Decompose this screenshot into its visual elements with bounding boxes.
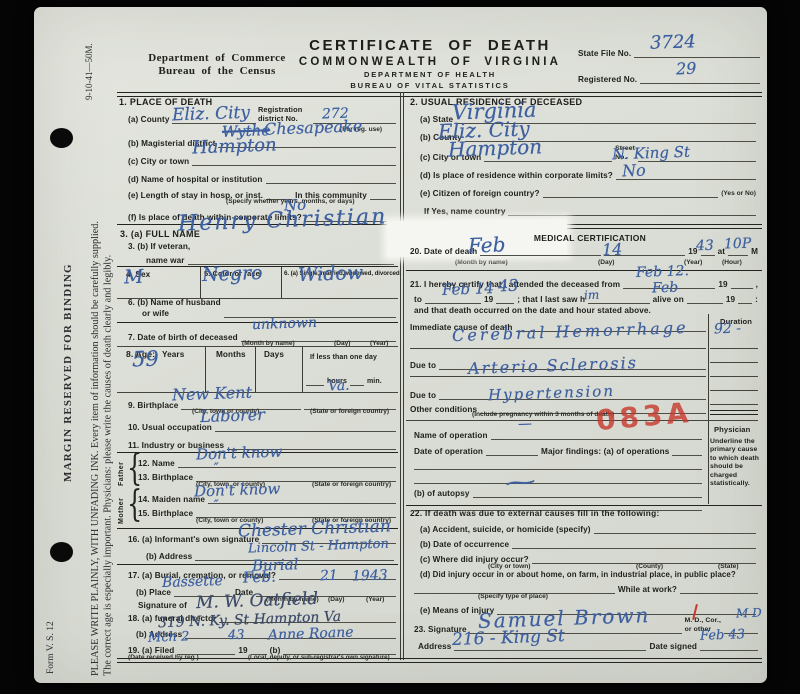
less-than-day-label: If less than one day xyxy=(310,354,377,362)
due-to-label: Due to xyxy=(410,361,436,370)
commonwealth-subtitle: COMMONWEALTH OF VIRGINIA xyxy=(295,56,565,68)
burial-place-value: Bassette xyxy=(162,573,223,591)
write-plainly-line1: PLEASE WRITE PLAINLY, WITH UNFADING INK.… xyxy=(90,221,101,676)
month-by-name-note: (Month by name) xyxy=(455,260,508,267)
blank-line xyxy=(414,469,702,470)
name-country-line xyxy=(508,215,756,216)
father-birthplace-label: 13. Birthplace xyxy=(138,473,193,482)
birthplace-label: 9. Birthplace xyxy=(128,401,178,410)
dod-year-line xyxy=(701,255,715,256)
column-divider xyxy=(400,92,401,660)
community-line xyxy=(370,199,396,200)
registered-no-handwriting: 29 xyxy=(676,59,697,79)
duration-line xyxy=(710,362,758,363)
last-saw-value: im xyxy=(584,288,600,303)
mother-name-value: Don't know xyxy=(194,480,281,501)
cause-line xyxy=(410,376,706,377)
bottom-rule xyxy=(117,658,762,663)
m-label: M xyxy=(751,247,758,256)
occurred-line-label: and that death occurred on the date and … xyxy=(414,306,651,315)
cell-divider xyxy=(200,267,201,298)
citizen-row: (e) Citizen of foreign country? (Yes or … xyxy=(420,186,756,198)
autopsy-row: (b) of autopsy xyxy=(414,486,702,498)
state-file-no-handwriting: 3724 xyxy=(650,31,697,54)
major-findings-label: Major findings: (a) of operations xyxy=(541,447,669,456)
dod-hour-line xyxy=(728,255,748,256)
external-causes-heading: 22. If death was due to external causes … xyxy=(410,509,660,517)
row-rule xyxy=(117,346,398,347)
min-label: min. xyxy=(367,378,382,386)
duration-end-rule xyxy=(710,410,758,415)
operation-label: Name of operation xyxy=(414,431,488,440)
date-signed-value: Feb 43 xyxy=(700,627,745,644)
residence-corporate-label: (d) Is place of residence within corpora… xyxy=(420,171,613,180)
hour-note: (Hour) xyxy=(722,260,742,267)
md-value: M D xyxy=(736,606,762,621)
father-name-value: Don't know xyxy=(196,443,283,464)
residence-city-line xyxy=(484,161,612,162)
age-months-label: Months xyxy=(216,350,246,359)
registered-row: Registered No. xyxy=(578,72,760,84)
agency-line2: Bureau of the Census xyxy=(158,65,275,77)
year-note: (Year) xyxy=(366,597,384,604)
autopsy-value: ~ xyxy=(501,469,539,496)
blank-line xyxy=(414,483,702,484)
occupation-value: Laborer xyxy=(200,405,265,426)
row-rule xyxy=(406,420,758,421)
registered-label: Registered No. xyxy=(578,75,637,84)
injury-place-row: While at work? xyxy=(414,582,758,594)
comma: , xyxy=(756,280,758,289)
date-received-note: (Date received by reg.) xyxy=(128,655,199,662)
operation-date-label: Date of operation xyxy=(414,447,483,456)
dod-year-value: 43 xyxy=(696,238,714,255)
yes-or-no-note: (Yes or No) xyxy=(721,191,756,198)
dob-value: unknown xyxy=(252,315,317,333)
name-country-label: If Yes, name country xyxy=(424,207,505,216)
filed-year-value: 43 xyxy=(228,628,245,644)
occurrence-date-line xyxy=(512,548,756,549)
funeral-sig-label-1: Signature of xyxy=(138,601,187,610)
age-days-label: Days xyxy=(264,350,284,359)
operation-date-row: Date of operation Major findings: (a) of… xyxy=(414,444,702,456)
certifier-addr-line xyxy=(454,650,646,651)
spouse-row: 6. (b) Name of husband or wife xyxy=(128,300,396,318)
section-rule xyxy=(406,270,762,271)
street-value: N. King St xyxy=(612,143,691,164)
min-line xyxy=(350,385,364,386)
residence-corporate-value: No xyxy=(622,161,646,181)
occurrence-date-label: (b) Date of occurrence xyxy=(420,540,509,549)
birthplace-state-value: Va. xyxy=(328,378,350,395)
burial-day-value: 21 xyxy=(320,568,338,585)
age-value: 59 xyxy=(132,347,160,372)
informant-addr-label: (b) Address xyxy=(146,552,192,561)
mother-side-label: Mother xyxy=(118,492,125,524)
alive-date-line xyxy=(687,303,723,304)
binding-notice: MARGIN RESERVED FOR BINDING xyxy=(62,182,74,482)
other-conditions-label: Other conditions xyxy=(410,405,477,414)
printed-19: 19 xyxy=(238,646,247,655)
race-value: Negro xyxy=(202,262,263,286)
occupation-line xyxy=(215,431,396,432)
dob-label: 7. Date of birth of deceased xyxy=(128,333,238,342)
while-at-work-label: While at work? xyxy=(618,585,677,594)
date-signed-line xyxy=(700,650,758,651)
spouse-label-1: 6. (b) Name of husband xyxy=(128,298,221,307)
pregnancy-note: (Include pregnancy within 3 months of de… xyxy=(472,412,614,419)
city-label: (c) City or town xyxy=(128,157,189,166)
mother-birthplace-label: 15. Birthplace xyxy=(138,509,193,518)
city-line xyxy=(192,165,396,166)
father-birthplace-ditto: ″ xyxy=(214,461,219,476)
sex-value: M xyxy=(124,266,144,289)
dod-hour-value: 10P xyxy=(724,236,752,253)
department-line: DEPARTMENT OF HEALTH xyxy=(295,70,565,79)
alive-on-value: Feb xyxy=(652,280,679,297)
local-deputy-note: (Local, deputy, or sub-registrar's own s… xyxy=(248,655,390,661)
printed-19: 19 xyxy=(718,280,727,289)
date-signed-label: Date signed xyxy=(649,642,697,651)
accident-line xyxy=(594,533,756,534)
bureau-line: BUREAU OF VITAL STATISTICS xyxy=(295,81,565,90)
registrar-sig-value: Anne Roane xyxy=(268,625,354,644)
title-block: CERTIFICATE OF DEATH COMMONWEALTH OF VIR… xyxy=(295,37,565,90)
duration-line xyxy=(710,348,758,349)
operation-date-line xyxy=(486,455,538,456)
hospital-label: (d) Name of hospital or institution xyxy=(128,175,263,184)
age-years-label: Years xyxy=(162,350,184,359)
spouse-label-2: or wife xyxy=(128,309,221,318)
veteran-label-1: 3. (b) If veteran, xyxy=(128,242,190,251)
while-at-work-line xyxy=(680,593,758,594)
agency-line1: Department of Commerce xyxy=(148,52,285,64)
hospital-line xyxy=(266,183,397,184)
header-rule xyxy=(117,92,762,97)
findings-extra-row xyxy=(414,458,702,470)
immediate-duration-value: 92 - xyxy=(714,321,742,338)
veteran-label-2: name war xyxy=(146,256,185,265)
saw-line xyxy=(588,303,649,304)
attended-to-year-value: 43 xyxy=(498,276,519,296)
form-code: Form V. S. 12 xyxy=(46,578,56,674)
findings-line xyxy=(672,455,702,456)
colon: : xyxy=(755,295,758,304)
filed-date-value: Mch 2 xyxy=(148,629,190,645)
father-name-line xyxy=(178,467,396,468)
attended-from-value: Feb 12. xyxy=(636,263,689,281)
write-plainly-line2: The correct age is especially important.… xyxy=(103,255,114,676)
blank-line xyxy=(731,288,753,289)
residence-corporate-row: (d) Is place of residence within corpora… xyxy=(420,168,756,180)
state-foreign-note: (State or foreign country) xyxy=(312,482,391,489)
marital-value: Widow xyxy=(298,262,364,286)
father-name-label: 12. Name xyxy=(138,459,175,468)
cell-divider xyxy=(255,347,256,392)
state-file-label: State File No. xyxy=(578,49,631,58)
spouse-label-stack: 6. (b) Name of husband or wife xyxy=(128,298,221,318)
certificate-title: CERTIFICATE OF DEATH xyxy=(295,37,565,54)
duration-column-divider xyxy=(708,314,709,504)
due-to-label: Due to xyxy=(410,391,436,400)
cell-divider xyxy=(302,347,303,392)
certifier-addr-value: 216 - King St xyxy=(452,626,565,650)
county-label: (a) County xyxy=(128,115,169,124)
day-note: (Day) xyxy=(328,597,345,604)
printed-19: 19 xyxy=(726,295,735,304)
hospital-row: (d) Name of hospital or institution xyxy=(128,172,396,184)
section-rule xyxy=(406,505,762,506)
hours-min-row: hours min. xyxy=(306,374,394,386)
operation-line xyxy=(491,439,702,440)
to-year-line xyxy=(496,303,514,304)
day-note: (Day) xyxy=(598,260,615,267)
write-plainly-notice: PLEASE WRITE PLAINLY, WITH UNFADING INK.… xyxy=(90,14,115,676)
specify-place-note: (Specify type of place) xyxy=(478,594,548,601)
dod-day-value: 14 xyxy=(602,240,623,260)
injury-home-label: (d) Did injury occur in or about home, o… xyxy=(420,570,736,579)
citizen-line xyxy=(543,197,719,198)
accident-label: (a) Accident, suicide, or homicide (spec… xyxy=(420,525,591,534)
blank-line xyxy=(634,57,760,58)
medical-certification-heading: MEDICAL CERTIFICATION xyxy=(500,234,680,243)
dod-month-value: Feb xyxy=(468,232,506,257)
attended-to-value: Feb 14 xyxy=(442,279,495,299)
row-rule xyxy=(117,392,398,393)
injury-where-row: (c) Where did injury occur? xyxy=(420,552,756,564)
death-certificate-scan: 9-10-41—50M. MARGIN RESERVED FOR BINDING… xyxy=(0,0,800,694)
citizen-label: (e) Citizen of foreign country? xyxy=(420,189,540,198)
to-date-line xyxy=(425,303,481,304)
duration-line xyxy=(710,376,758,377)
autopsy-label: (b) of autopsy xyxy=(414,489,470,498)
duration-line xyxy=(710,404,758,405)
state-foreign-note: (State or foreign country) xyxy=(310,409,389,416)
physician-label: Physician xyxy=(714,426,750,435)
mother-birthplace-ditto: ″ xyxy=(214,498,219,513)
birthplace-value: New Kent xyxy=(172,383,253,405)
mother-name-line xyxy=(208,503,396,504)
cause-line xyxy=(410,348,706,349)
autopsy-line xyxy=(473,497,702,498)
residence-city-value: Hampton xyxy=(448,134,543,161)
certifier-addr-label: Address xyxy=(418,642,451,651)
to-label: to xyxy=(414,295,422,304)
column-divider xyxy=(403,92,404,660)
hours-line xyxy=(306,385,324,386)
duration-line xyxy=(710,390,758,391)
father-side-label: Father xyxy=(118,456,125,486)
findings-extra-row xyxy=(414,472,702,484)
city-value: Hampton xyxy=(192,135,277,159)
accident-row: (a) Accident, suicide, or homicide (spec… xyxy=(420,522,756,534)
district-value: Chesapeake xyxy=(264,116,363,138)
operation-value: — xyxy=(518,416,533,432)
cell-divider xyxy=(281,267,282,298)
last-saw-label: ; that I last saw h xyxy=(517,295,585,304)
agency-block: Department of Commerce Bureau of the Cen… xyxy=(122,52,312,77)
blank-line xyxy=(738,303,752,304)
punch-hole-bottom xyxy=(50,542,73,562)
burial-year-value: 1943 xyxy=(352,567,388,584)
blank-line xyxy=(640,83,760,84)
punch-hole-top xyxy=(50,128,73,148)
underline-primary-note: Underline the primary cause to which dea… xyxy=(710,438,762,488)
occurrence-date-row: (b) Date of occurrence xyxy=(420,537,756,549)
name-country-row: If Yes, name country xyxy=(424,204,756,216)
burial-month-value: Feb. xyxy=(243,567,276,586)
md-cor-label: M. D., Cor., xyxy=(685,617,721,625)
